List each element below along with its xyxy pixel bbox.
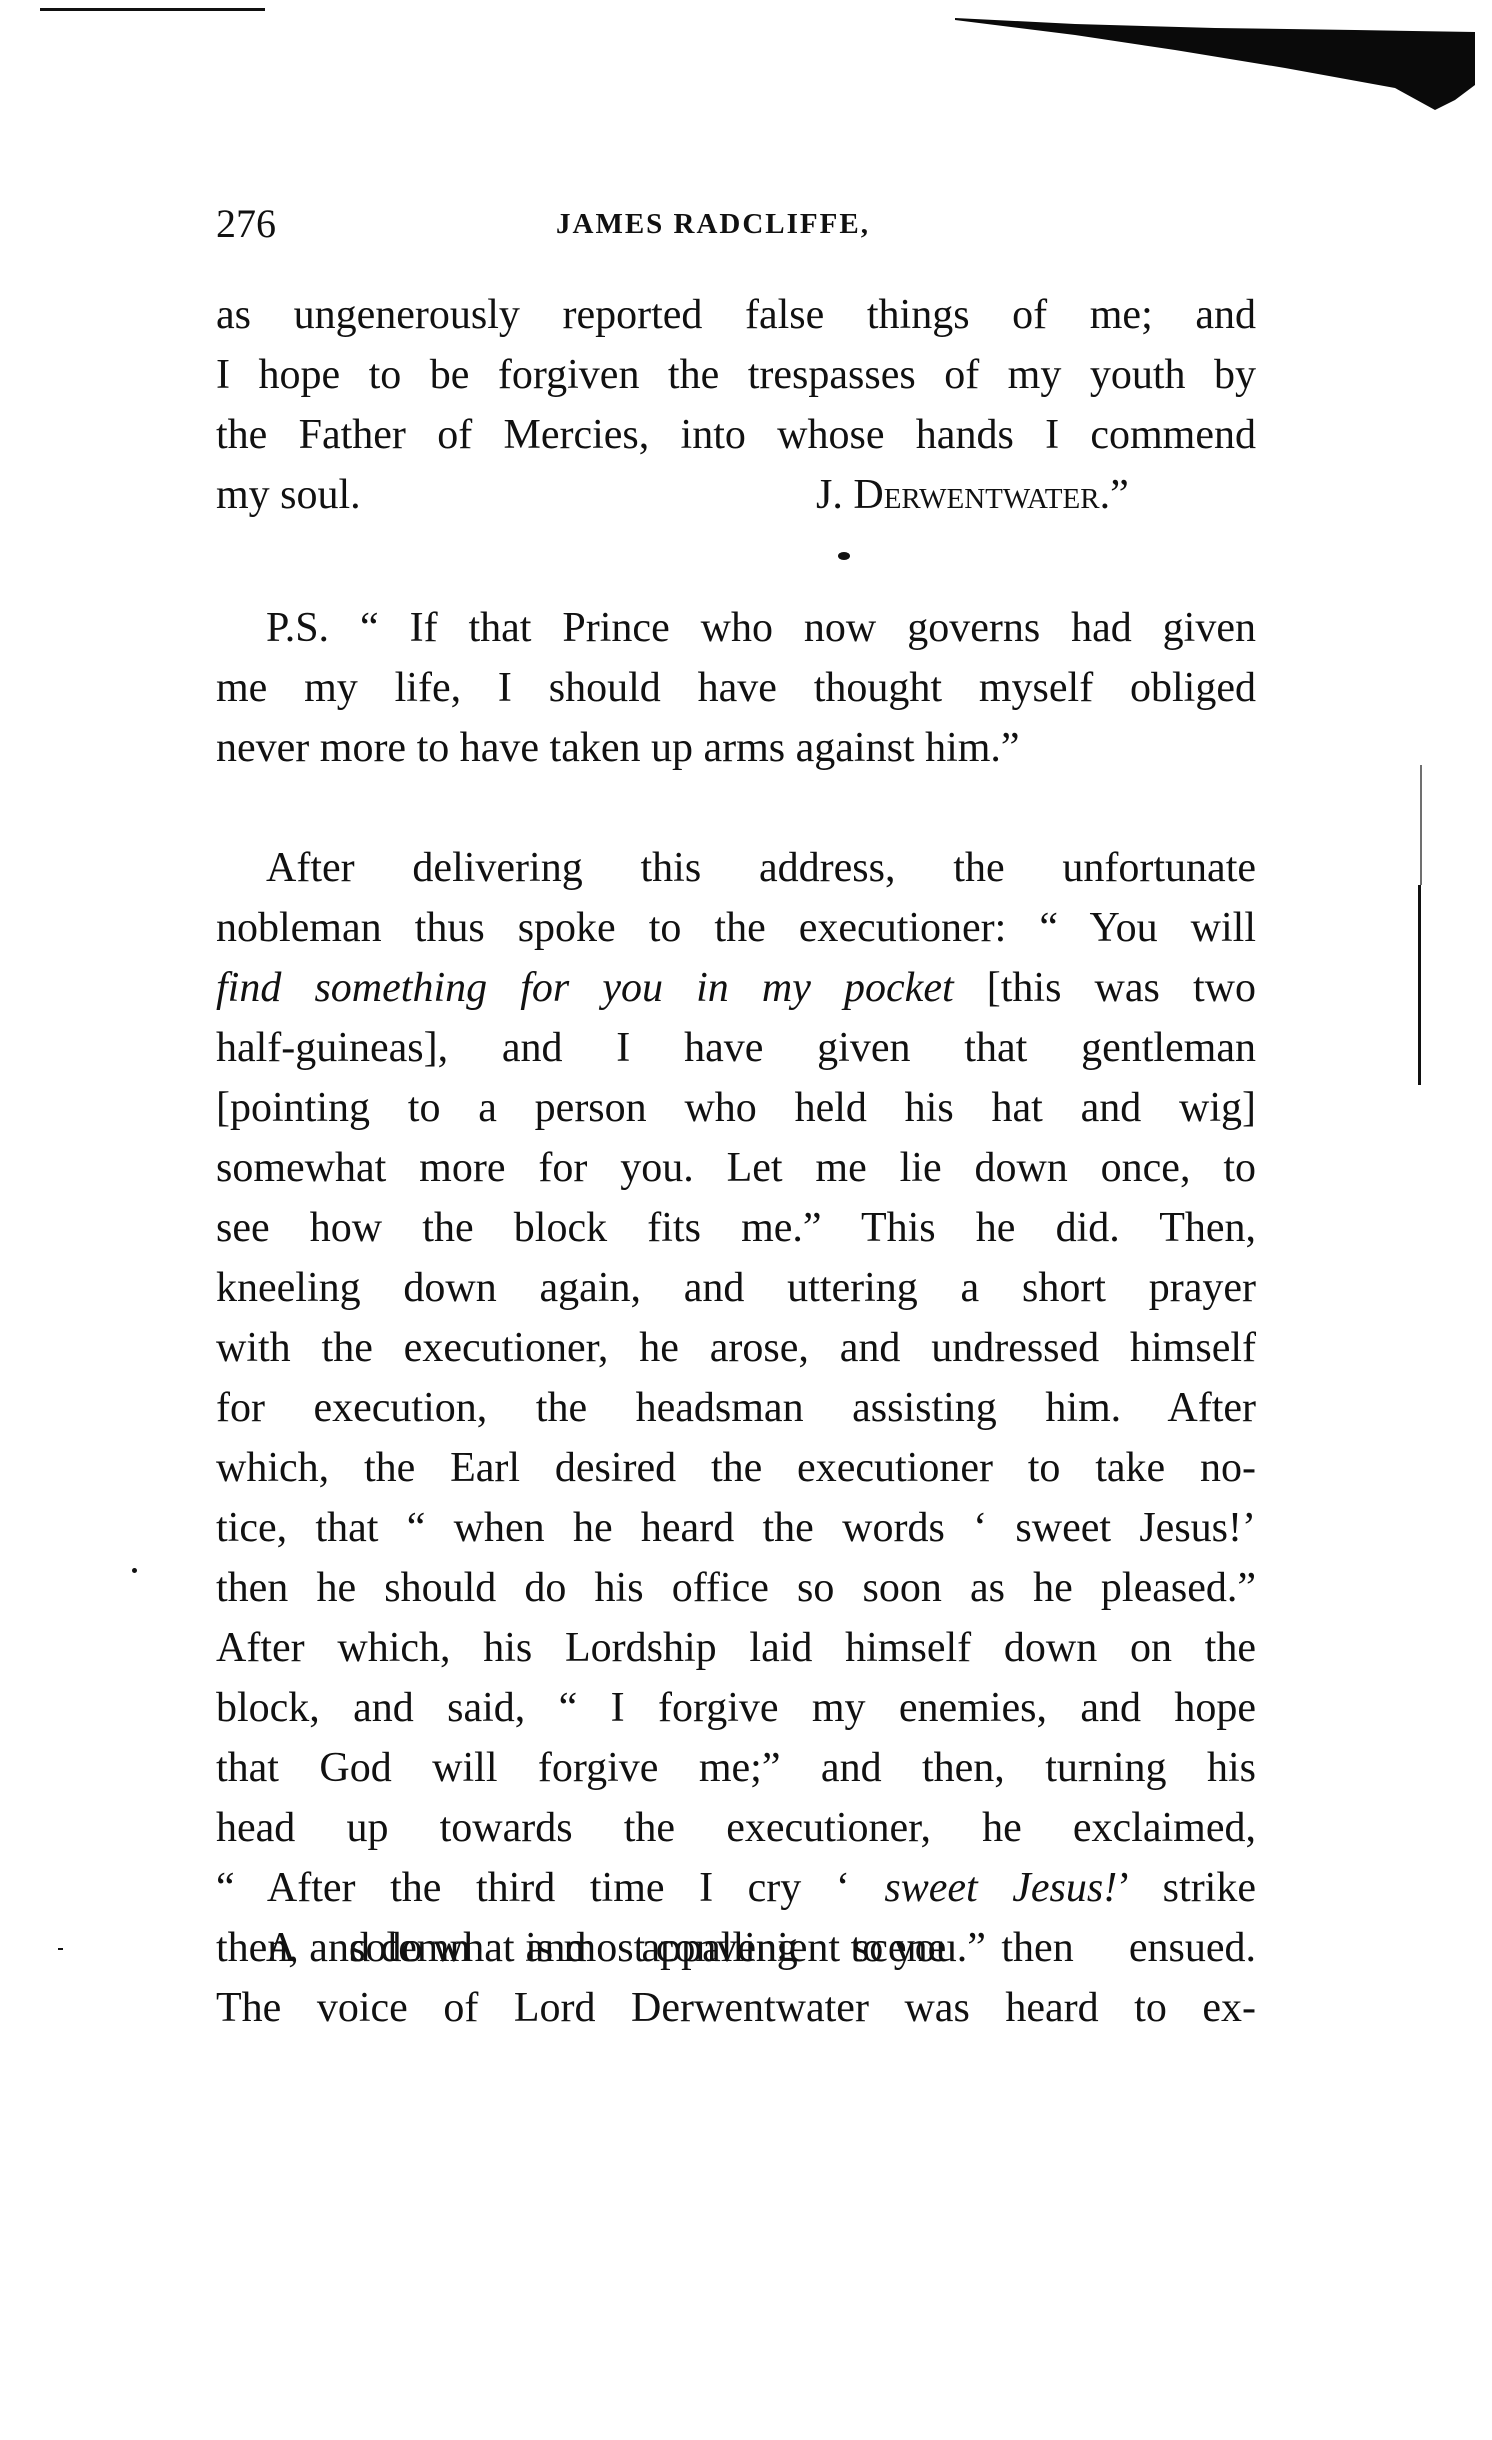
signature-line: my soul. J. Derwentwater.” <box>216 465 1256 525</box>
text-span: “ After the third time I cry ‘ <box>216 1865 884 1911</box>
text-line: the Father of Mercies, into whose hands … <box>216 405 1256 465</box>
text-span: ’ strike <box>1117 1865 1256 1911</box>
text-line: After which, his Lordship laid himself d… <box>216 1618 1256 1678</box>
text-line: see how the block fits me.” This he did.… <box>216 1198 1256 1258</box>
italic-quote: find something for you in my pocket <box>216 965 954 1011</box>
text-line: which, the Earl desired the executioner … <box>216 1438 1256 1498</box>
text-line: my soul. <box>216 472 361 518</box>
text-line: [pointing to a person who held his hat a… <box>216 1078 1256 1138</box>
paragraph-scene: A solemn and appalling scene then ensued… <box>216 1918 1256 2038</box>
text-line: as ungenerously reported false things of… <box>216 285 1256 345</box>
text-line: P.S. “ If that Prince who now governs ha… <box>216 598 1256 658</box>
margin-speck <box>58 1948 63 1950</box>
italic-quote: sweet Jesus! <box>884 1865 1117 1911</box>
text-line-mixed: “ After the third time I cry ‘ sweet Jes… <box>216 1858 1256 1918</box>
text-line: block, and said, “ I forgive my enemies,… <box>216 1678 1256 1738</box>
running-title: JAMES RADCLIFFE, <box>556 208 870 241</box>
paragraph-execution: After delivering this address, the unfor… <box>216 838 1256 1978</box>
text-line: half-guineas], and I have given that gen… <box>216 1018 1256 1078</box>
text-line: somewhat more for you. Let me lie down o… <box>216 1138 1256 1198</box>
text-line: nobleman thus spoke to the executioner: … <box>216 898 1256 958</box>
text-line: me my life, I should have thought myself… <box>216 658 1256 718</box>
scan-edge-rule <box>40 8 265 11</box>
scan-smudge-corner <box>955 10 1480 115</box>
postscript: P.S. “ If that Prince who now governs ha… <box>216 598 1256 778</box>
text-line: The voice of Lord Derwentwater was heard… <box>216 1978 1256 2038</box>
ornament-speck <box>838 552 850 560</box>
text-line: I hope to be forgiven the trespasses of … <box>216 345 1256 405</box>
signature-close: .” <box>1100 472 1129 518</box>
text-line: with the executioner, he arose, and undr… <box>216 1318 1256 1378</box>
text-line: then he should do his office so soon as … <box>216 1558 1256 1618</box>
text-line: kneeling down again, and uttering a shor… <box>216 1258 1256 1318</box>
margin-line-right <box>1420 765 1422 885</box>
running-head: 276 JAMES RADCLIFFE, <box>216 200 1256 250</box>
text-line: for execution, the headsman assisting hi… <box>216 1378 1256 1438</box>
margin-speck <box>132 1568 137 1573</box>
text-line: tice, that “ when he heard the words ‘ s… <box>216 1498 1256 1558</box>
text-line: After delivering this address, the unfor… <box>216 838 1256 898</box>
text-line: that God will forgive me;” and then, tur… <box>216 1738 1256 1798</box>
text-line-mixed: find something for you in my pocket [thi… <box>216 958 1256 1018</box>
text-line: head up towards the executioner, he excl… <box>216 1798 1256 1858</box>
margin-line-right-lower <box>1418 885 1421 1085</box>
signature: J. Derwentwater.” <box>816 465 1129 525</box>
signature-name: Derwentwater <box>853 472 1099 518</box>
text-line: A solemn and appalling scene then ensued… <box>216 1918 1256 1978</box>
signature-initial: J. <box>816 472 853 518</box>
text-span: [this was two <box>954 965 1256 1011</box>
text-line: never more to have taken up arms against… <box>216 718 1256 778</box>
page-number: 276 <box>216 200 276 247</box>
letter-ending: as ungenerously reported false things of… <box>216 285 1256 525</box>
